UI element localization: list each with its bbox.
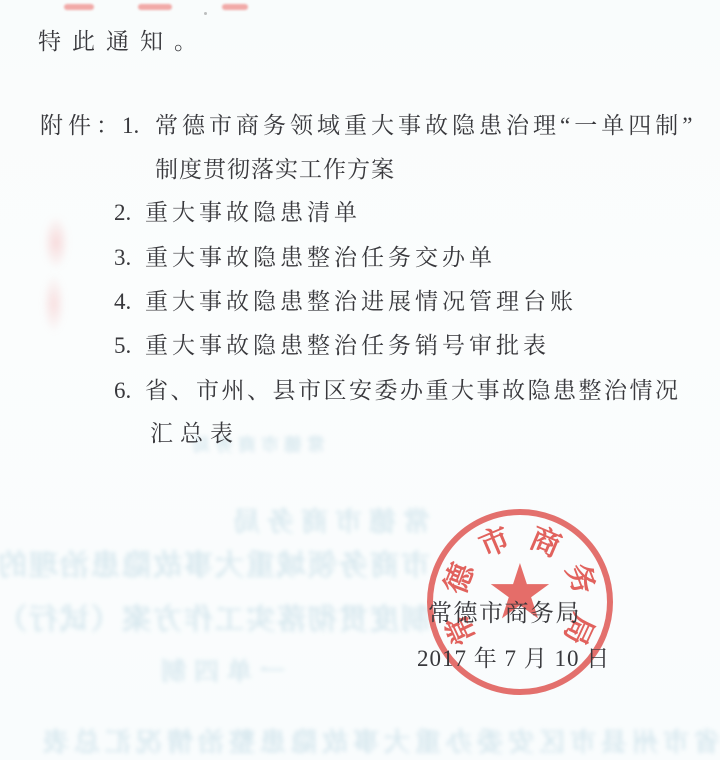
bleed-through-text: 常德市商务局 [205, 500, 430, 539]
attachment-6-number: 6. [114, 377, 131, 404]
issue-date: 2017 年 7 月 10 日 [417, 645, 610, 672]
scan-red-smudge [138, 4, 172, 10]
attachment-4-title: 重大事故隐患整治进展情况管理台账 [145, 288, 577, 315]
attachment-4-number: 4. [114, 288, 131, 315]
bleed-through-text: 制度贯彻落实工作方案（试行） [0, 597, 430, 638]
issuing-org-signature: 常德市商务局 [428, 601, 581, 628]
attachment-1-title-line2: 制度贯彻落实工作方案 [155, 156, 395, 183]
seal-char: 务 [559, 558, 600, 599]
bleed-through-text: 省市州县市区安委办重大事故隐患整治情况汇总表 [0, 722, 720, 759]
attachment-6-title-line1: 省、市州、县市区安委办重大事故隐患整治情况 [145, 377, 681, 404]
bleed-through-text: 市商务领域重大事故隐患治理的 [0, 543, 430, 584]
attachment-6-title-line2: 汇总表 [150, 420, 240, 447]
bleed-through-text: 一单四制 [125, 652, 285, 688]
seal-char: 德 [440, 558, 481, 599]
attachment-5-number: 5. [114, 332, 131, 359]
attachment-5-title: 重大事故隐患整治任务销号审批表 [145, 332, 550, 359]
scan-red-smudge [64, 4, 94, 10]
dust-speck [204, 12, 207, 15]
scan-red-smudge [222, 4, 248, 10]
scanned-notice-page: 常德市商务局 常德市商务局 市商务领域重大事故隐患治理的 制度贯彻落实工作方案（… [0, 0, 720, 760]
attachment-label: 附件： [40, 112, 124, 139]
attachment-1-number: 1. [122, 112, 139, 139]
attachment-2-title: 重大事故隐患清单 [145, 199, 361, 226]
attachment-3-number: 3. [114, 244, 131, 271]
closing-line: 特此通知。 [38, 28, 208, 55]
attachment-2-number: 2. [114, 199, 131, 226]
attachment-1-title-line1: 常德市商务领域重大事故隐患治理“一单四制” [155, 112, 696, 139]
pink-bleed-smudge [34, 210, 78, 340]
attachment-3-title: 重大事故隐患整治任务交办单 [145, 244, 496, 271]
